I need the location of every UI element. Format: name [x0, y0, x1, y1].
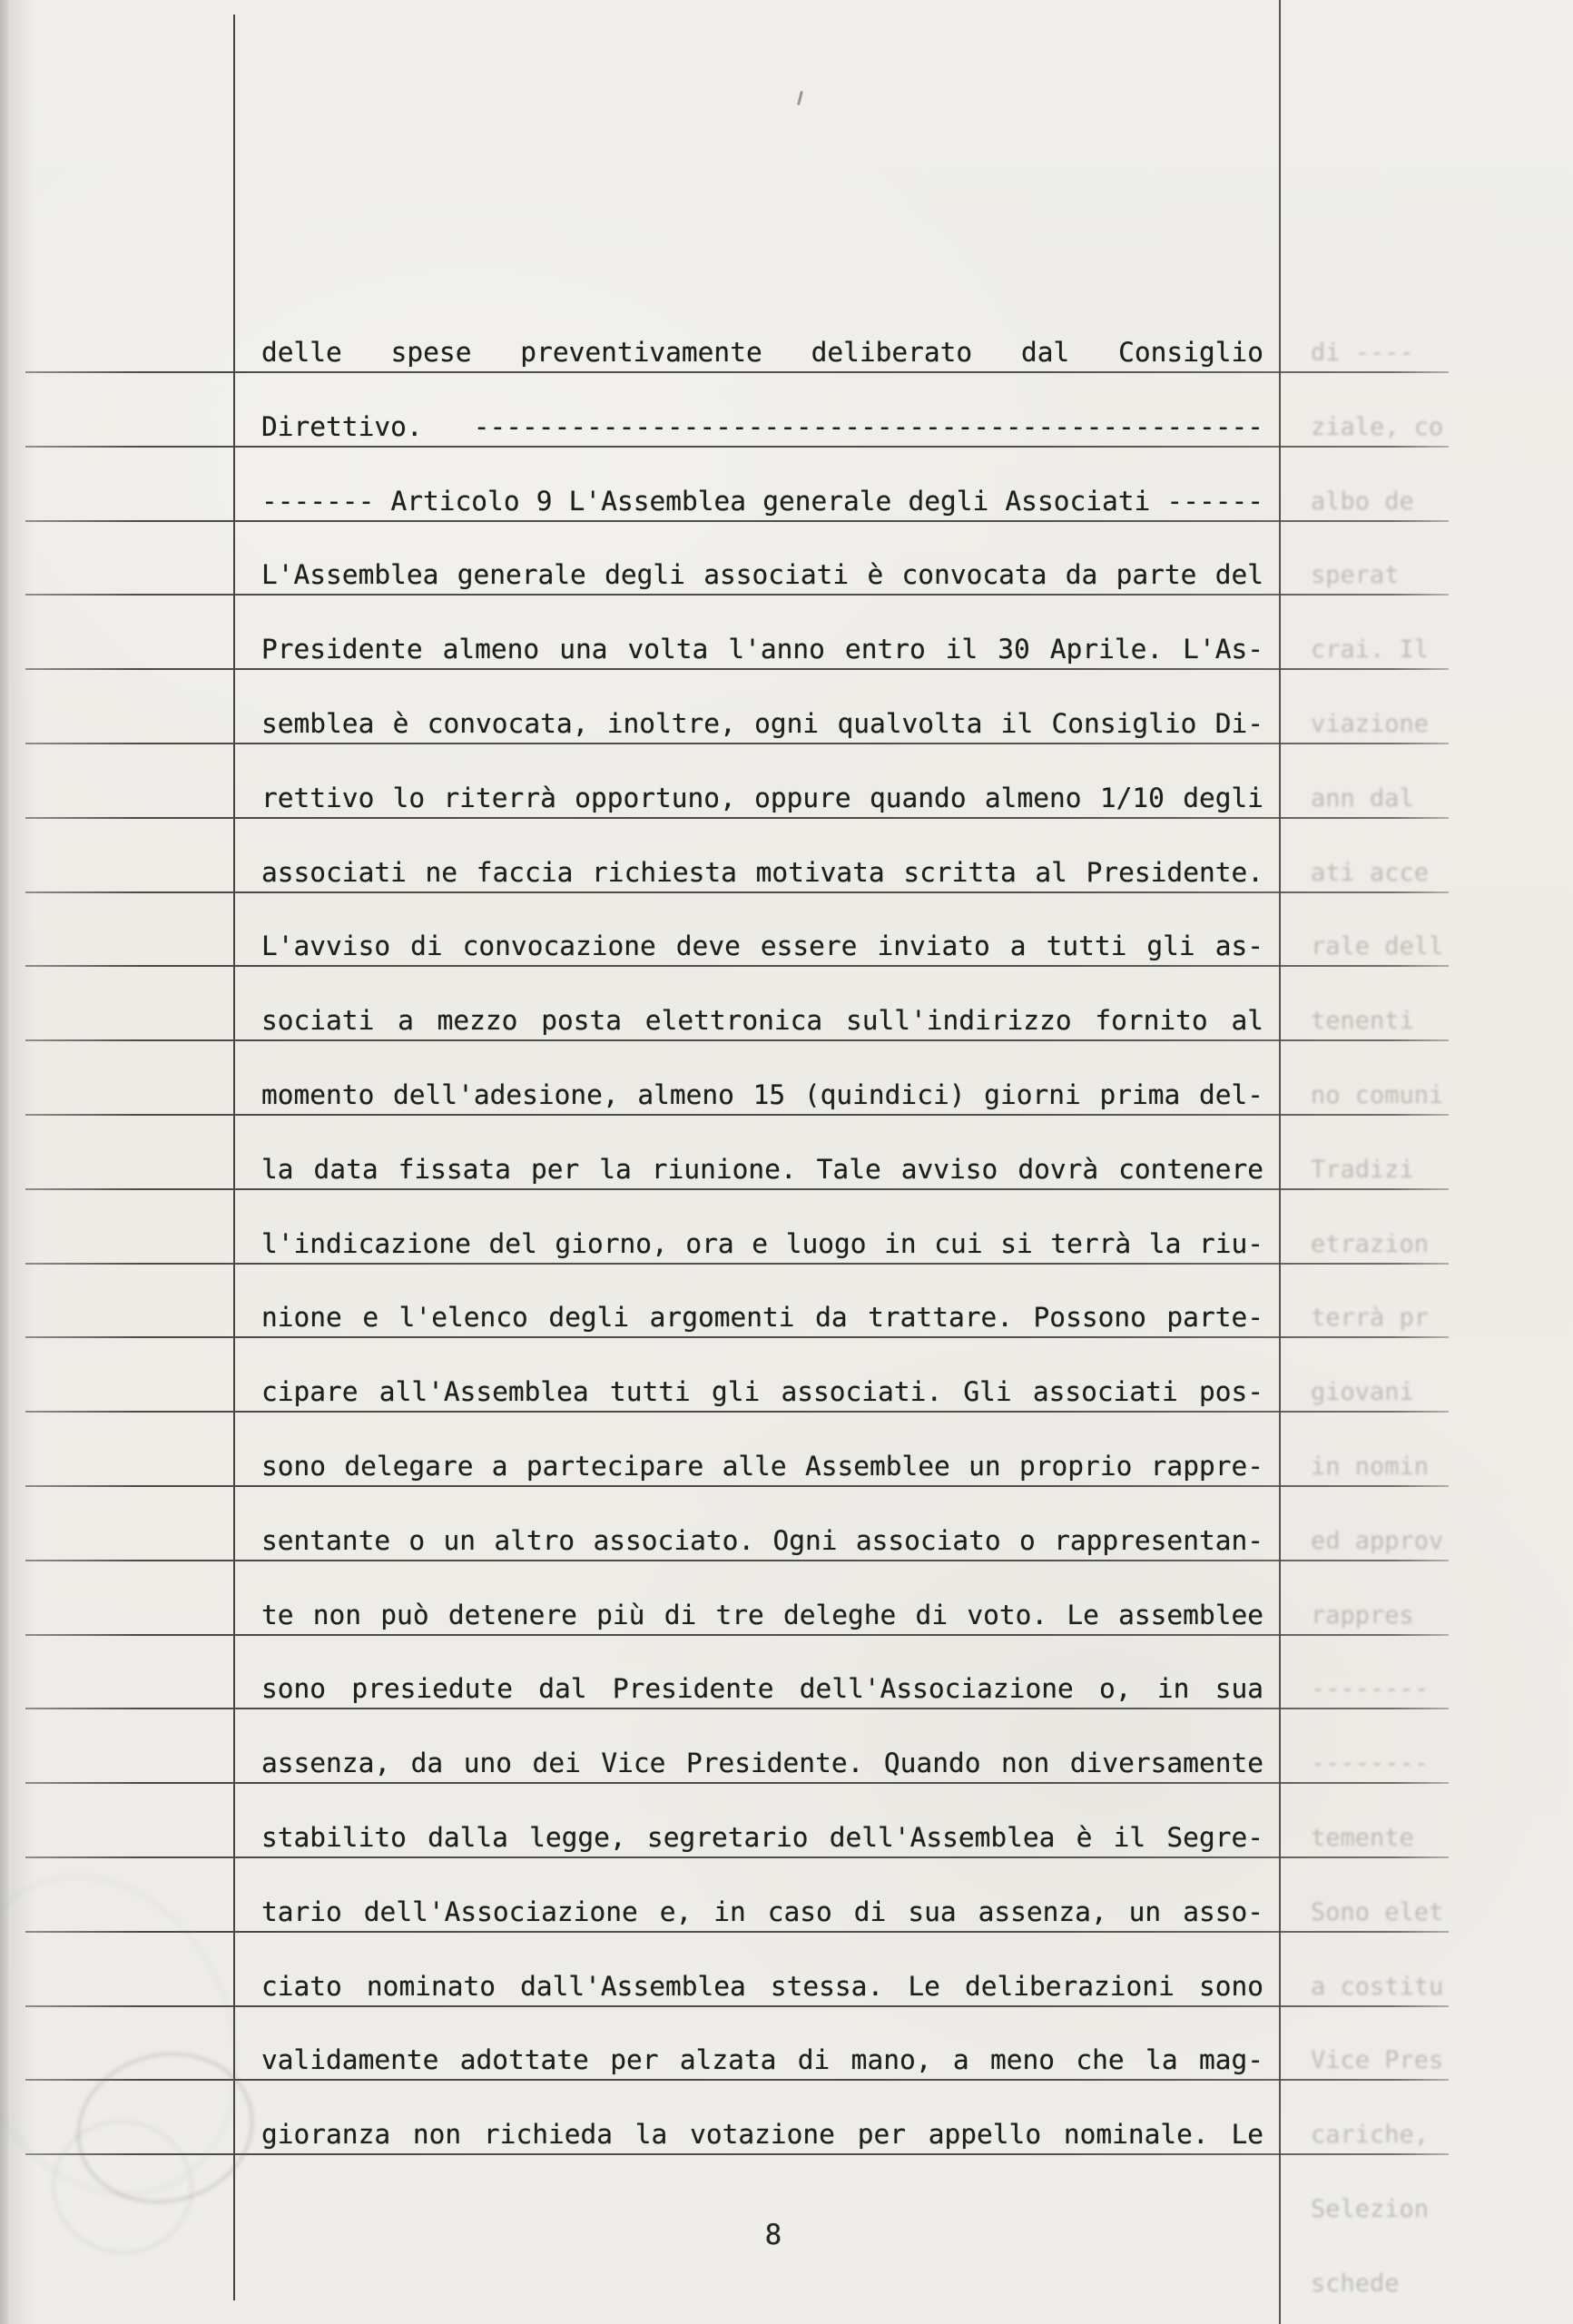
- ruled-line: [25, 446, 1449, 448]
- bleedthrough-fragment: in nomin: [1311, 1450, 1567, 1486]
- bleedthrough-fragment: --------: [1311, 1747, 1567, 1783]
- ruled-line: [25, 1263, 1449, 1265]
- document-line: Direttivo. -----------------------------…: [261, 409, 1263, 448]
- ruled-line: [25, 1782, 1449, 1784]
- document-line: momento dell'adesione, almeno 15 (quindi…: [261, 1077, 1263, 1117]
- document-line: gioranza non richieda la votazione per a…: [261, 2116, 1263, 2156]
- bleedthrough-fragment: crai. Il: [1311, 633, 1567, 669]
- bleedthrough-fragment: ann dal: [1311, 782, 1567, 818]
- document-line: stabilito dalla legge, segretario dell'A…: [261, 1819, 1263, 1859]
- scanner-edge-fade: [11, 0, 34, 2324]
- bleedthrough-fragment: Vice Pres: [1311, 2043, 1567, 2080]
- ruled-line: [25, 1411, 1449, 1413]
- document-line: semblea è convocata, inoltre, ogni qualv…: [261, 705, 1263, 745]
- ruled-line: [25, 1336, 1449, 1338]
- document-line: associati ne faccia richiesta motivata s…: [261, 854, 1263, 894]
- bleedthrough-fragment: viazione: [1311, 707, 1567, 743]
- bleedthrough-fragment: schede: [1311, 2267, 1567, 2303]
- faint-stamp-mark: [61, 2034, 270, 2222]
- document-line: sentante o un altro associato. Ogni asso…: [261, 1522, 1263, 1562]
- document-line: delle spese preventivamente deliberato d…: [261, 334, 1263, 374]
- document-line: rettivo lo riterrà opportuno, oppure qua…: [261, 780, 1263, 820]
- bleedthrough-fragment: temente: [1311, 1821, 1567, 1857]
- document-line: l'indicazione del giorno, ora e luogo in…: [261, 1226, 1263, 1265]
- bleedthrough-fragment: sperat: [1311, 558, 1567, 595]
- ruled-line: [25, 1039, 1449, 1041]
- left-margin-rule: [233, 15, 235, 2300]
- ruled-line: [25, 1560, 1449, 1561]
- bleedthrough-fragment: Tradizi: [1311, 1153, 1567, 1189]
- document-line: validamente adottate per alzata di mano,…: [261, 2042, 1263, 2082]
- ruled-line: [25, 1931, 1449, 1933]
- bleedthrough-fragment: giovani: [1311, 1375, 1567, 1412]
- document-line: tario dell'Associazione e, in caso di su…: [261, 1894, 1263, 1934]
- document-line: L'avviso di convocazione deve essere inv…: [261, 928, 1263, 968]
- ruled-line: [25, 743, 1449, 744]
- document-line: nione e l'elenco degli argomenti da trat…: [261, 1299, 1263, 1339]
- document-line: Presidente almeno una volta l'anno entro…: [261, 631, 1263, 671]
- bleedthrough-fragment: cariche,: [1311, 2118, 1567, 2154]
- ruled-line: [25, 965, 1449, 967]
- document-line: ciato nominato dall'Assemblea stessa. Le…: [261, 1968, 1263, 2008]
- document-line: te non può detenere più di tre deleghe d…: [261, 1597, 1263, 1637]
- bleedthrough-fragment: no comuni: [1311, 1078, 1567, 1115]
- document-line: sociati a mezzo posta elettronica sull'i…: [261, 1002, 1263, 1042]
- ruled-line: [25, 1114, 1449, 1116]
- document-line: cipare all'Assemblea tutti gli associati…: [261, 1374, 1263, 1413]
- bleedthrough-fragment: ziale, co: [1311, 410, 1567, 447]
- bleedthrough-fragment: rale dell: [1311, 930, 1567, 966]
- document-line: la data fissata per la riunione. Tale av…: [261, 1151, 1263, 1191]
- document-line: assenza, da uno dei Vice Presidente. Qua…: [261, 1745, 1263, 1785]
- ruled-line: [25, 1188, 1449, 1190]
- bleedthrough-fragment: terrà pr: [1311, 1301, 1567, 1337]
- faint-stamp-mark-inner: [44, 2112, 202, 2262]
- ruled-line: [25, 891, 1449, 893]
- scanner-edge-band: [0, 0, 11, 2324]
- ruled-line: [25, 668, 1449, 670]
- bleedthrough-fragment: Selezion: [1311, 2192, 1567, 2229]
- ruled-line: [25, 1485, 1449, 1487]
- right-margin-rule: [1279, 0, 1281, 2324]
- scanned-page: delle spese preventivamente deliberato d…: [0, 0, 1573, 2324]
- bleedthrough-fragment: albo de: [1311, 485, 1567, 521]
- bleedthrough-fragment: rappres: [1311, 1599, 1567, 1635]
- document-line: sono delegare a partecipare alle Assembl…: [261, 1448, 1263, 1488]
- bleedthrough-fragment: Sono elet: [1311, 1896, 1567, 1932]
- bleedthrough-fragment: a costitu: [1311, 1970, 1567, 2006]
- bleedthrough-fragment: ed approv: [1311, 1524, 1567, 1561]
- ruled-line: [25, 520, 1449, 522]
- bleedthrough-fragment: ati acce: [1311, 856, 1567, 892]
- ruled-line: [25, 1856, 1449, 1858]
- ruled-line: [25, 817, 1449, 819]
- bleedthrough-fragment: tenenti: [1311, 1004, 1567, 1040]
- bleedthrough-fragment: etrazion: [1311, 1227, 1567, 1264]
- page-number: 8: [746, 2219, 801, 2251]
- ruled-line: [25, 594, 1449, 596]
- ruled-line: [25, 1708, 1449, 1709]
- ruled-line: [25, 2005, 1449, 2007]
- bleedthrough-fragment: di ----: [1311, 336, 1567, 372]
- faint-pencil-scribble: [0, 1832, 287, 2239]
- document-line: sono presiedute dal Presidente dell'Asso…: [261, 1670, 1263, 1710]
- ruled-line: [25, 2079, 1449, 2081]
- document-line: ------- Articolo 9 L'Assemblea generale …: [261, 483, 1263, 523]
- bleedthrough-fragment: --------: [1311, 1672, 1567, 1709]
- ruled-line: [25, 371, 1449, 373]
- ruled-line: [25, 2153, 1449, 2155]
- stray-pen-mark: [797, 91, 803, 105]
- document-line: L'Assemblea generale degli associati è c…: [261, 556, 1263, 596]
- ruled-line: [25, 1634, 1449, 1636]
